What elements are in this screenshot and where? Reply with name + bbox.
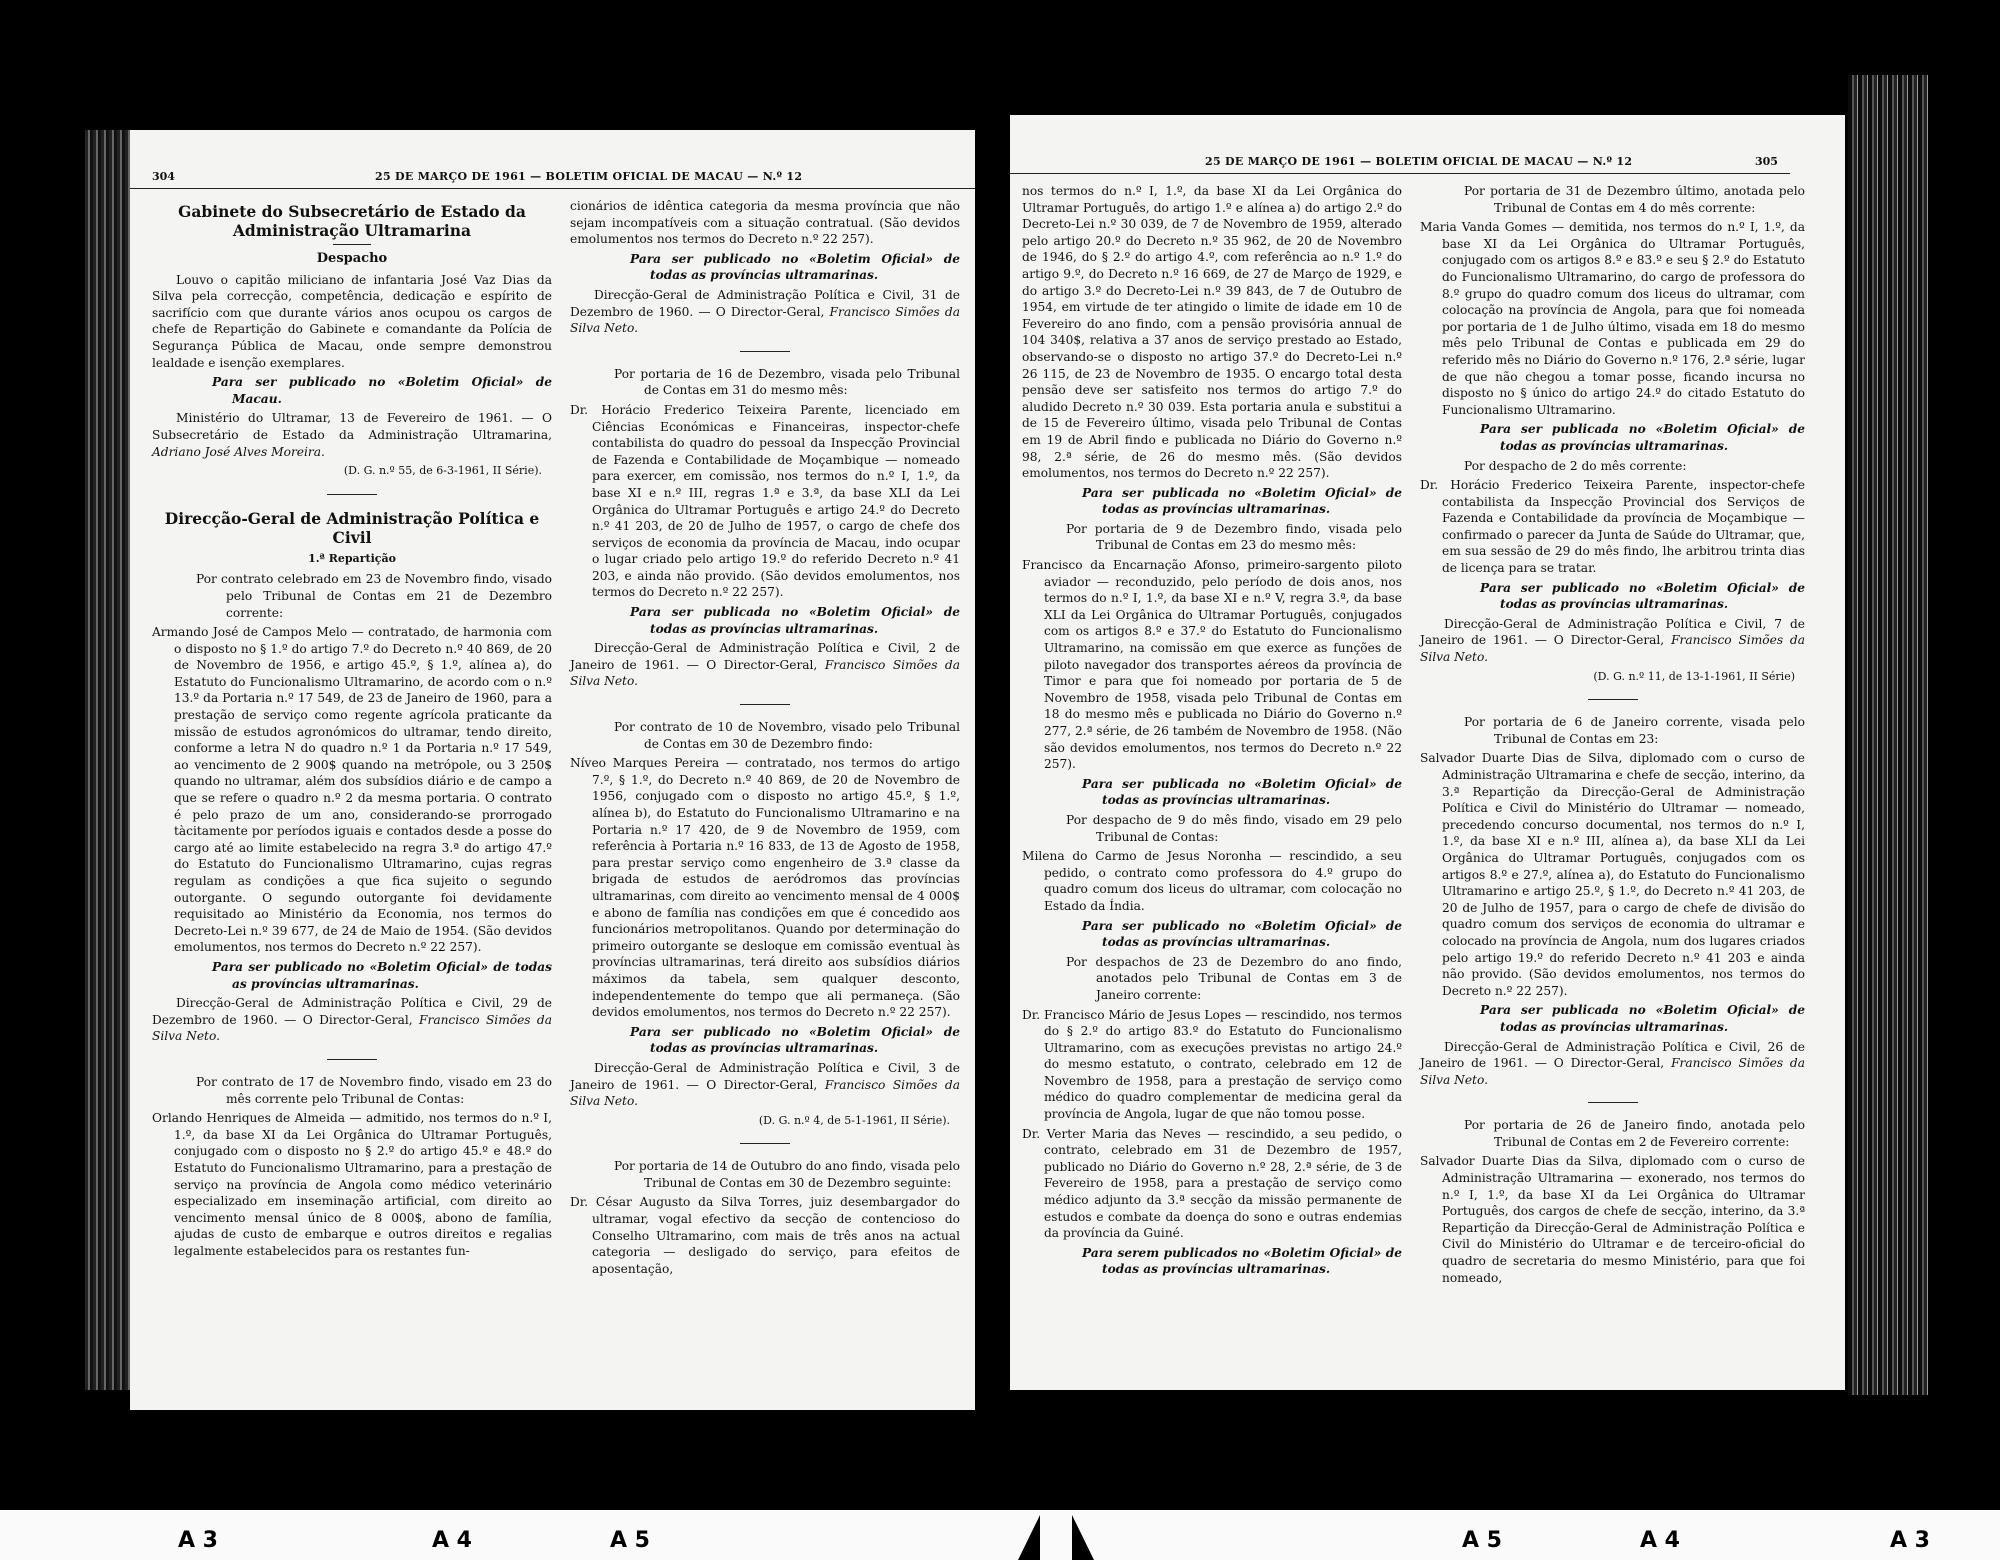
signature-line: Ministério do Ultramar, 13 de Fevereiro … <box>152 410 552 460</box>
right-page: 25 DE MARÇO DE 1961 — BOLETIM OFICIAL DE… <box>1010 115 1845 1390</box>
entry-intro: Por despachos de 23 de Dezembro do ano f… <box>1052 954 1402 1004</box>
header-rule <box>1010 173 1790 174</box>
entry-body: Francisco da Encarnação Afonso, primeiro… <box>1022 557 1402 773</box>
entry-intro: Por contrato celebrado em 23 de Novembro… <box>182 571 552 621</box>
signature-line: Direcção-Geral de Administração Política… <box>1420 1039 1805 1089</box>
entry-body: Orlando Henriques de Almeida — admitido,… <box>152 1110 552 1259</box>
left-page: 304 25 DE MARÇO DE 1961 — BOLETIM OFICIA… <box>130 130 975 1410</box>
entry-body: Dr. Francisco Mário de Jesus Lopes — res… <box>1022 1007 1402 1123</box>
column-2: cionários de idêntica categoria da mesma… <box>570 198 960 1280</box>
signature-line: Direcção-Geral de Administração Política… <box>1420 616 1805 666</box>
divider <box>327 1059 377 1060</box>
entry-body: Níveo Marques Pereira — contratado, nos … <box>570 755 960 1021</box>
section-heading: Direcção-Geral de Administração Política… <box>152 509 552 547</box>
divider <box>740 351 790 352</box>
entry-intro: Por portaria de 14 de Outubro do ano fin… <box>600 1158 960 1191</box>
entry-body: Dr. Verter Maria das Neves — rescindido,… <box>1022 1126 1402 1242</box>
entry-intro: Por portaria de 16 de Dezembro, visada p… <box>600 366 960 399</box>
film-marker: A 4 <box>1640 1528 1680 1553</box>
film-marker: A 5 <box>1462 1528 1502 1553</box>
section-heading: Gabinete do Subsecretário de Estado da A… <box>152 202 552 240</box>
publication-note: Para ser publicada no «Boletim Oficial» … <box>1042 485 1402 518</box>
divider <box>1588 1102 1638 1103</box>
entry-body: Dr. Horácio Frederico Teixeira Parente, … <box>1420 477 1805 577</box>
divider <box>740 1143 790 1144</box>
page-number: 304 <box>152 170 175 183</box>
divider <box>1588 699 1638 700</box>
page-stack-edges <box>1848 75 1928 1395</box>
entry-body: Maria Vanda Gomes — demitida, nos termos… <box>1420 219 1805 418</box>
entry-intro: Por portaria de 9 de Dezembro findo, vis… <box>1052 521 1402 554</box>
subheading: Despacho <box>152 251 552 268</box>
entry-body: Salvador Duarte Dias da Silva, diplomado… <box>1420 1153 1805 1286</box>
film-marker: A 3 <box>178 1528 218 1553</box>
publication-note: Para ser publicado no «Boletim Oficial» … <box>172 374 552 407</box>
entry-body: Dr. Horácio Frederico Teixeira Parente, … <box>570 402 960 601</box>
film-marker: A 4 <box>432 1528 472 1553</box>
entry-intro: Por portaria de 6 de Janeiro corrente, v… <box>1450 714 1805 747</box>
gazette-reference: (D. G. n.º 11, de 13-1-1961, II Série) <box>1420 669 1795 686</box>
publication-note: Para ser publicado no «Boletim Oficial» … <box>1042 918 1402 951</box>
column-1: Gabinete do Subsecretário de Estado da A… <box>152 198 552 1262</box>
gazette-reference: (D. G. n.º 55, de 6-3-1961, II Série). <box>152 463 542 480</box>
publication-note: Para ser publicada no «Boletim Oficial» … <box>590 604 960 637</box>
entry-intro: Por portaria de 26 de Janeiro findo, ano… <box>1450 1117 1805 1150</box>
column-2: Por portaria de 31 de Dezembro último, a… <box>1420 183 1805 1289</box>
signature-line: Direcção-Geral de Administração Política… <box>152 995 552 1045</box>
entry-body: Armando José de Campos Melo — contratado… <box>152 624 552 956</box>
divider <box>327 494 377 495</box>
divider <box>333 244 371 245</box>
signature-line: Direcção-Geral de Administração Política… <box>570 1060 960 1110</box>
publication-note: Para ser publicada no «Boletim Oficial» … <box>1440 1002 1805 1035</box>
publication-note: Para ser publicado no «Boletim Oficial» … <box>590 1024 960 1057</box>
continued-text: nos termos do n.º I, 1.º, da base XI da … <box>1022 183 1402 482</box>
film-marker-strip <box>0 1510 2000 1560</box>
page-number: 305 <box>1755 155 1778 168</box>
film-marker: A 3 <box>1890 1528 1930 1553</box>
continued-text: cionários de idêntica categoria da mesma… <box>570 198 960 248</box>
book-spine-edge <box>85 130 135 1390</box>
entry-intro: Por despacho de 9 do mês findo, visado e… <box>1052 812 1402 845</box>
subheading: 1.ª Repartição <box>152 551 552 568</box>
entry-body: Salvador Duarte Dias de Silva, diplomado… <box>1420 750 1805 999</box>
running-head: 25 DE MARÇO DE 1961 — BOLETIM OFICIAL DE… <box>1205 155 1632 168</box>
divider <box>740 704 790 705</box>
column-1: nos termos do n.º I, 1.º, da base XI da … <box>1022 183 1402 1281</box>
entry-intro: Por contrato de 17 de Novembro findo, vi… <box>182 1074 552 1107</box>
entry-body: Dr. César Augusto da Silva Torres, juiz … <box>570 1194 960 1277</box>
running-head: 25 DE MARÇO DE 1961 — BOLETIM OFICIAL DE… <box>375 170 802 183</box>
entry-body: Milena do Carmo de Jesus Noronha — resci… <box>1022 848 1402 914</box>
publication-note: Para ser publicado no «Boletim Oficial» … <box>1440 580 1805 613</box>
center-triangle-marker-right <box>1072 1515 1094 1560</box>
entry-intro: Por contrato de 10 de Novembro, visado p… <box>600 719 960 752</box>
entry-intro: Por despacho de 2 do mês corrente: <box>1450 458 1805 475</box>
publication-note: Para serem publicados no «Boletim Oficia… <box>1042 1245 1402 1278</box>
publication-note: Para ser publicada no «Boletim Oficial» … <box>1042 776 1402 809</box>
film-marker: A 5 <box>610 1528 650 1553</box>
signature-line: Direcção-Geral de Administração Política… <box>570 287 960 337</box>
center-triangle-marker-left <box>1018 1515 1040 1560</box>
gazette-reference: (D. G. n.º 4, de 5-1-1961, II Série). <box>570 1113 950 1130</box>
entry-intro: Por portaria de 31 de Dezembro último, a… <box>1450 183 1805 216</box>
publication-note: Para ser publicado no «Boletim Oficial» … <box>172 959 552 992</box>
publication-note: Para ser publicada no «Boletim Oficial» … <box>1440 421 1805 454</box>
paragraph: Louvo o capitão miliciano de infantaria … <box>152 272 552 372</box>
publication-note: Para ser publicado no «Boletim Oficial» … <box>590 251 960 284</box>
signature-line: Direcção-Geral de Administração Política… <box>570 640 960 690</box>
header-rule <box>130 188 975 189</box>
